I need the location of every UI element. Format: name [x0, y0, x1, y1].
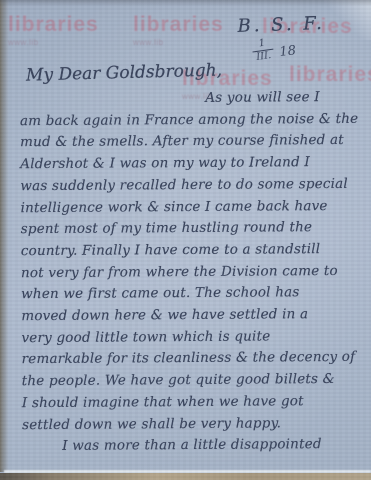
letter-line: very good little town which is quite [21, 326, 355, 350]
date-month: III. [252, 48, 275, 63]
watermark: libraries www.lib [8, 14, 99, 47]
letter-line: country. Finally I have come to a stands… [21, 239, 355, 263]
letter-line: settled down we shall be very happy. [22, 412, 356, 436]
letter-line: I should imagine that when we have got [22, 391, 356, 415]
date-fraction: 1 III. [251, 38, 275, 64]
watermark: libraries www.lib [133, 14, 224, 47]
page-left-edge-shadow [0, 0, 9, 472]
letter-body: As you will see I am back again in Franc… [20, 87, 357, 458]
watermark-text: libraries [8, 14, 99, 35]
salutation: My Dear Goldsbrough, [26, 60, 223, 85]
watermark-text: libraries [289, 64, 371, 85]
letter-line: am back again in France among the noise … [20, 109, 354, 133]
letter-line: mud & the smells. After my course finish… [20, 130, 354, 154]
watermark-subtext: www.lib [8, 39, 99, 47]
date-year: 18 [279, 43, 297, 60]
scanned-letter-page: libraries www.lib libraries www.lib libr… [0, 0, 371, 480]
letter-line: I was more than a little disappointed [22, 434, 356, 458]
page-top-edge-shadow [0, 0, 371, 6]
letter-line: intelligence work & since I came back ha… [20, 195, 354, 219]
letter-line: when we first came out. The school has [21, 282, 355, 306]
page-corner-highlight [301, 0, 371, 40]
letter-line: remarkable for its cleanliness & the dec… [22, 347, 356, 371]
watermark-subtext: www.lib [133, 39, 224, 47]
letter-line: spent most of my time hustling round the [21, 217, 355, 241]
letter-line: As you will see I [20, 87, 354, 111]
letter-line: moved down here & we have settled in a [21, 304, 355, 328]
watermark-text: libraries [133, 14, 224, 35]
watermark: libraries [289, 64, 371, 85]
letter-date: 1 III. 18 [252, 36, 349, 62]
letter-line: was suddenly recalled here to do some sp… [20, 174, 354, 198]
letter-line: Aldershot & I was on my way to Ireland I [20, 152, 354, 176]
page-bottom-edge [0, 473, 371, 480]
letter-line: the people. We have got quite good bille… [22, 369, 356, 393]
letter-line: not very far from where the Division cam… [21, 260, 355, 284]
